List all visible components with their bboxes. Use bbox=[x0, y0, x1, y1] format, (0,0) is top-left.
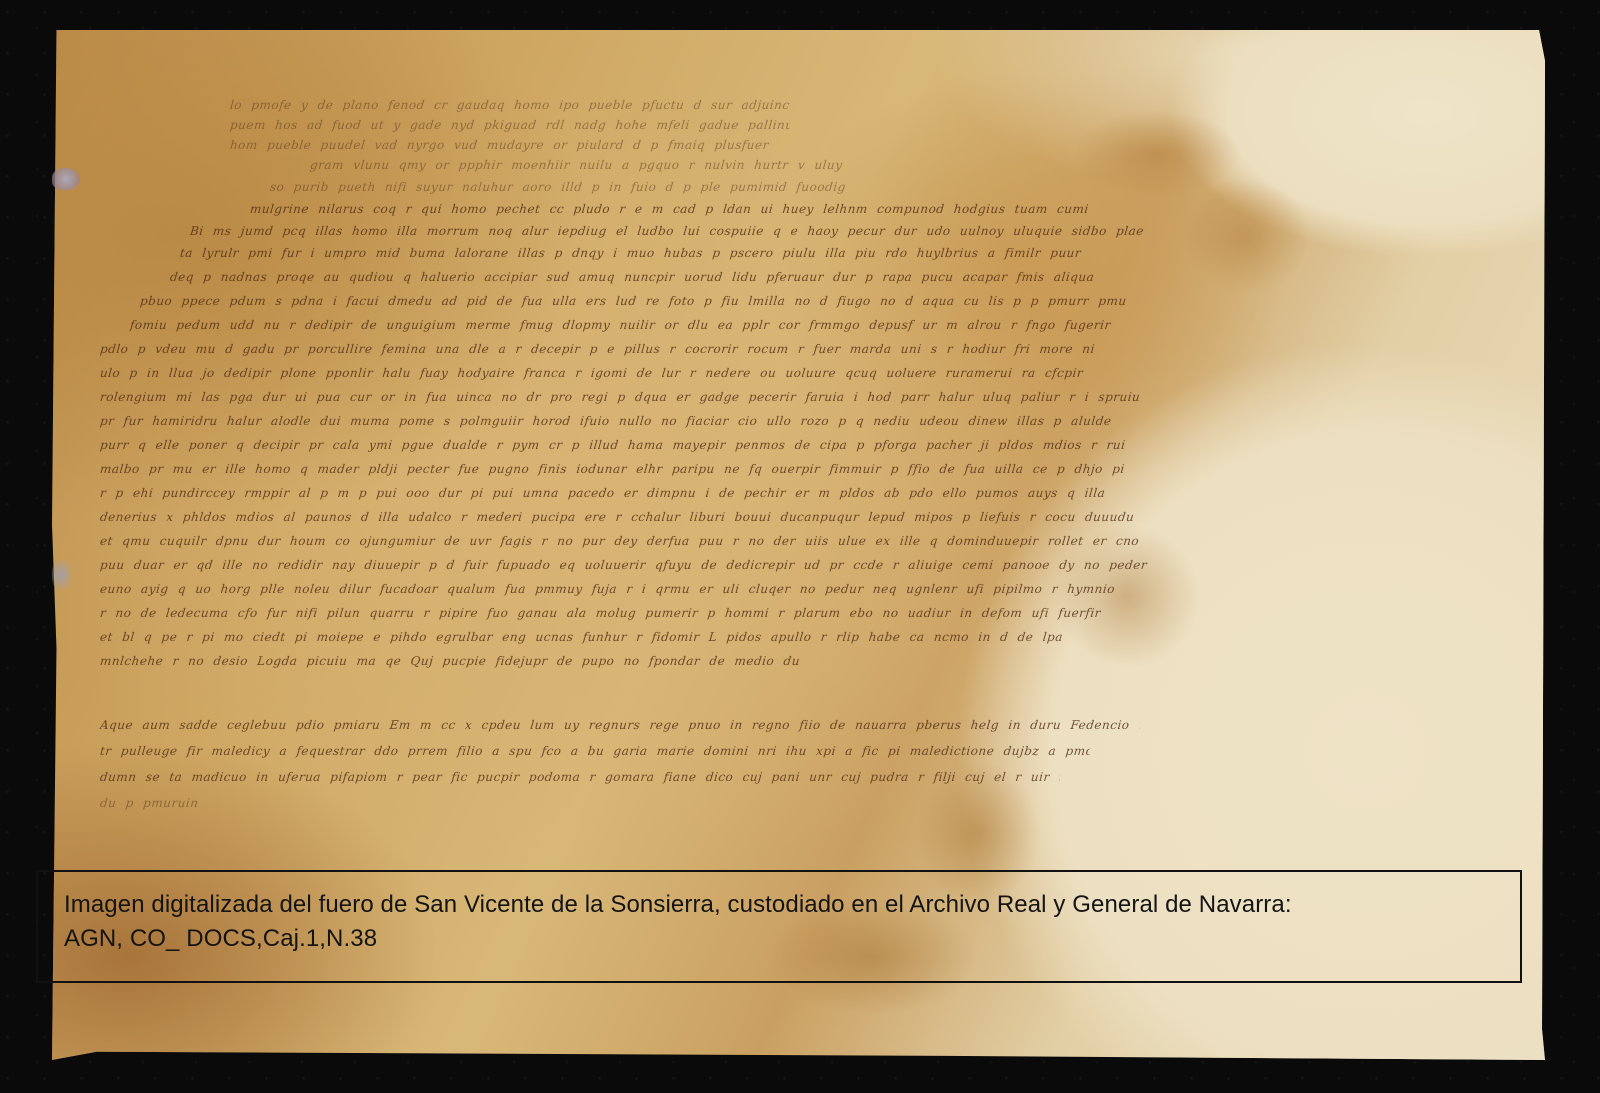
manuscript-line: et bl q pe r pi mo ciedt pi moiepe e pih… bbox=[99, 627, 1181, 647]
manuscript-line: deq p nadnas proqe au qudiou q haluerio … bbox=[169, 267, 1421, 287]
seal-remnant-mark bbox=[52, 168, 80, 190]
manuscript-line: rolengium mi las pga dur ui pua cur or i… bbox=[99, 387, 1421, 407]
edge-mark bbox=[52, 560, 70, 590]
manuscript-line: du p pmuruin bbox=[99, 793, 301, 813]
manuscript-line: denerius x phldos mdios al paunos d illa… bbox=[99, 507, 1311, 527]
manuscript-line: mnlchehe r no desio Logda picuiu ma qe Q… bbox=[99, 651, 801, 671]
manuscript-line: puem hos ad fuod ut y gade nyd pkiguad r… bbox=[229, 115, 791, 135]
manuscript-line: pbuo ppece pdum s pdna i facui dmedu ad … bbox=[139, 291, 1431, 311]
manuscript-line: hom pueble puudel vad nyrgo vud mudayre … bbox=[229, 135, 831, 155]
manuscript-line: gram vlunu qmy or ppphir moenhiir nuilu … bbox=[309, 155, 931, 175]
manuscript-line: lo pmofe y de plano fenod cr gaudaq homo… bbox=[229, 95, 791, 115]
manuscript-line: pr fur hamiridru halur alodle dui muma p… bbox=[99, 411, 1421, 431]
caption-box: Imagen digitalizada del fuero de San Vic… bbox=[36, 870, 1522, 983]
manuscript-line: puu duar er qd ille no redidir nay diuue… bbox=[99, 555, 1251, 575]
manuscript-line: pdlo p vdeu mu d gadu pr porcullire femi… bbox=[99, 339, 1421, 359]
manuscript-line: Aque aum sadde ceglebuu pdio pmiaru Em m… bbox=[99, 715, 1141, 735]
manuscript-line: r p ehi pundirccey rmppir al p m p pui o… bbox=[99, 483, 1361, 503]
manuscript-line: ulo p in llua jo dedipir plone pponlir h… bbox=[99, 363, 1421, 383]
manuscript-line: fomiu pedum udd nu r dedipir de unguigiu… bbox=[129, 315, 1431, 335]
caption-reference: AGN, CO_ DOCS,Caj.1,N.38 bbox=[64, 922, 1494, 956]
manuscript-line: dumn se ta madicuo in uferua pifapiom r … bbox=[99, 767, 1061, 787]
manuscript-line: purr q elle poner q decipir pr cala ymi … bbox=[99, 435, 1411, 455]
caption-description: Imagen digitalizada del fuero de San Vic… bbox=[64, 888, 1494, 922]
manuscript-line: ta lyrulr pmi fur i umpro mid buma lalor… bbox=[179, 243, 1401, 263]
manuscript-line: Bi ms jumd pcq illas homo illa morrum no… bbox=[189, 221, 1391, 241]
manuscript-line: r no de ledecuma cfo fur nifi pilun quar… bbox=[99, 603, 1211, 623]
manuscript-line: so purib pueth nifi suyur naluhur aoro i… bbox=[269, 177, 1091, 197]
manuscript-line: euno ayig q uo horg plle noleu dilur fuc… bbox=[99, 579, 1241, 599]
manuscript-line: malbo pr mu er ille homo q mader pldji p… bbox=[99, 459, 1401, 479]
manuscript-line: mulgrine nilarus coq r qui homo pechet c… bbox=[249, 199, 1291, 219]
manuscript-line: et qmu cuquilr dpnu dur houm co ojungumi… bbox=[99, 531, 1281, 551]
manuscript-line: tr pulleuge fir maledicy a fequestrar dd… bbox=[99, 741, 1091, 761]
